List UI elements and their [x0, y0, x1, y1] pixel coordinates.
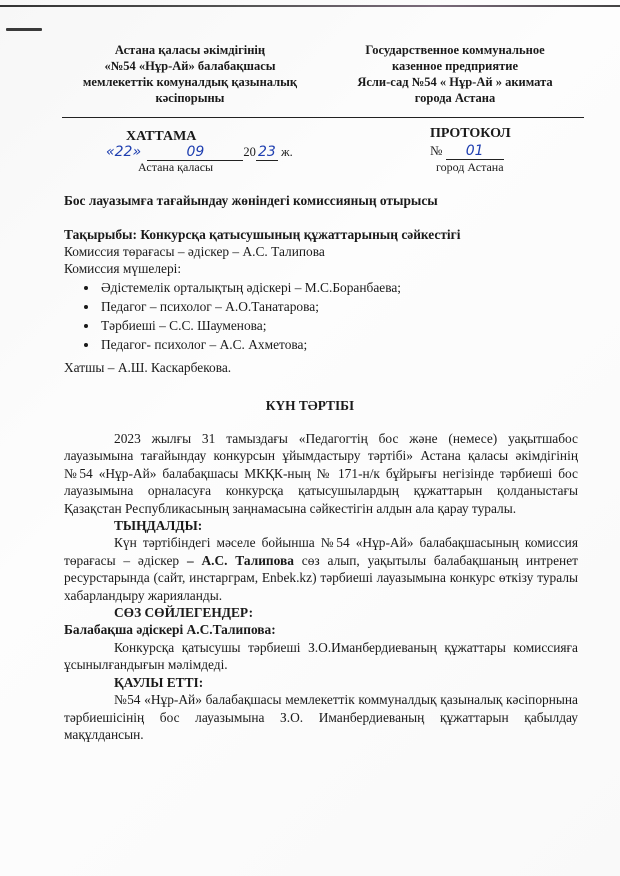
- header-line: Астана қаласы әкімдігінің: [60, 42, 320, 58]
- listened-text: Күн тәртібіндегі мәселе бойынша №54 «Нұр…: [64, 534, 578, 604]
- scan-mark: [6, 28, 42, 31]
- document-page: Астана қаласы әкімдігінің «№54 «Нұр-Ай» …: [0, 0, 620, 876]
- list-item: Педагог – психолог – А.О.Танатарова;: [99, 297, 401, 316]
- scan-edge-line: [0, 5, 620, 7]
- protocol-title-ru: ПРОТОКОЛ: [430, 126, 511, 142]
- city-kz: Астана қаласы: [138, 160, 213, 175]
- listened-heading: ТЫҢДАЛДЫ:: [64, 517, 578, 534]
- header-line: казенное предприятие: [330, 58, 580, 74]
- protocol-date: «22» 092023 ж.: [106, 144, 293, 161]
- header-russian: Государственное коммунальное казенное пр…: [330, 42, 580, 106]
- resolved-heading: ҚАУЛЫ ЕТТІ:: [64, 674, 578, 691]
- protocol-title-kz: ХАТТАМА: [126, 129, 196, 145]
- header-line: Ясли-сад №54 « Нұр-Ай » акимата: [330, 74, 580, 90]
- date-year-unit: ж.: [281, 145, 293, 159]
- date-month: 09: [147, 144, 243, 161]
- header-line: кәсіпорыны: [60, 90, 320, 106]
- meeting-topic: Тақырыбы: Конкурсқа қатысушының құжаттар…: [64, 227, 460, 243]
- date-year-prefix: 20: [243, 145, 256, 159]
- number-label: №: [430, 143, 442, 158]
- header-line: города Астана: [330, 90, 580, 106]
- speakers-heading: СӨЗ СӨЙЛЕГЕНДЕР:: [64, 604, 578, 621]
- date-day: 22: [115, 144, 133, 160]
- date-year-suffix: 23: [256, 144, 278, 161]
- speaker-name: Балабақша әдіскері А.С.Талипова:: [64, 621, 578, 638]
- list-item: Әдістемелік орталықтың әдіскері – М.С.Бо…: [99, 278, 401, 297]
- members-list: Әдістемелік орталықтың әдіскері – М.С.Бо…: [64, 278, 401, 354]
- commission-chair: Комиссия төрағасы – әдіскер – А.С. Талип…: [64, 244, 325, 260]
- header-line: Государственное коммунальное: [330, 42, 580, 58]
- protocol-number: № 01: [430, 143, 504, 160]
- number-value: 01: [446, 143, 504, 160]
- list-item: Педагог- психолог – А.С. Ахметова;: [99, 335, 401, 354]
- members-label: Комиссия мүшелері:: [64, 261, 181, 277]
- meeting-heading: Бос лауазымға тағайындау жөніндегі комис…: [64, 193, 438, 209]
- speaker-text: Конкурсқа қатысушы тәрбиеші З.О.Иманберд…: [64, 639, 578, 674]
- agenda-title: КҮН ТӘРТІБІ: [0, 398, 620, 414]
- header-kazakh: Астана қаласы әкімдігінің «№54 «Нұр-Ай» …: [60, 42, 320, 106]
- list-item: Тәрбиеші – С.С. Шауменова;: [99, 316, 401, 335]
- document-body: 2023 жылғы 31 тамыздағы «Педагогтің бос …: [64, 430, 578, 743]
- city-ru: город Астана: [436, 160, 504, 175]
- header-line: мемлекеттік комуналдық қазыналық: [60, 74, 320, 90]
- agenda-text: 2023 жылғы 31 тамыздағы «Педагогтің бос …: [64, 430, 578, 517]
- header-line: «№54 «Нұр-Ай» балабақшасы: [60, 58, 320, 74]
- header-divider: [62, 117, 584, 118]
- secretary: Хатшы – А.Ш. Каскарбекова.: [64, 360, 231, 376]
- resolved-text: №54 «Нұр-Ай» балабақшасы мемлекеттік ком…: [64, 691, 578, 743]
